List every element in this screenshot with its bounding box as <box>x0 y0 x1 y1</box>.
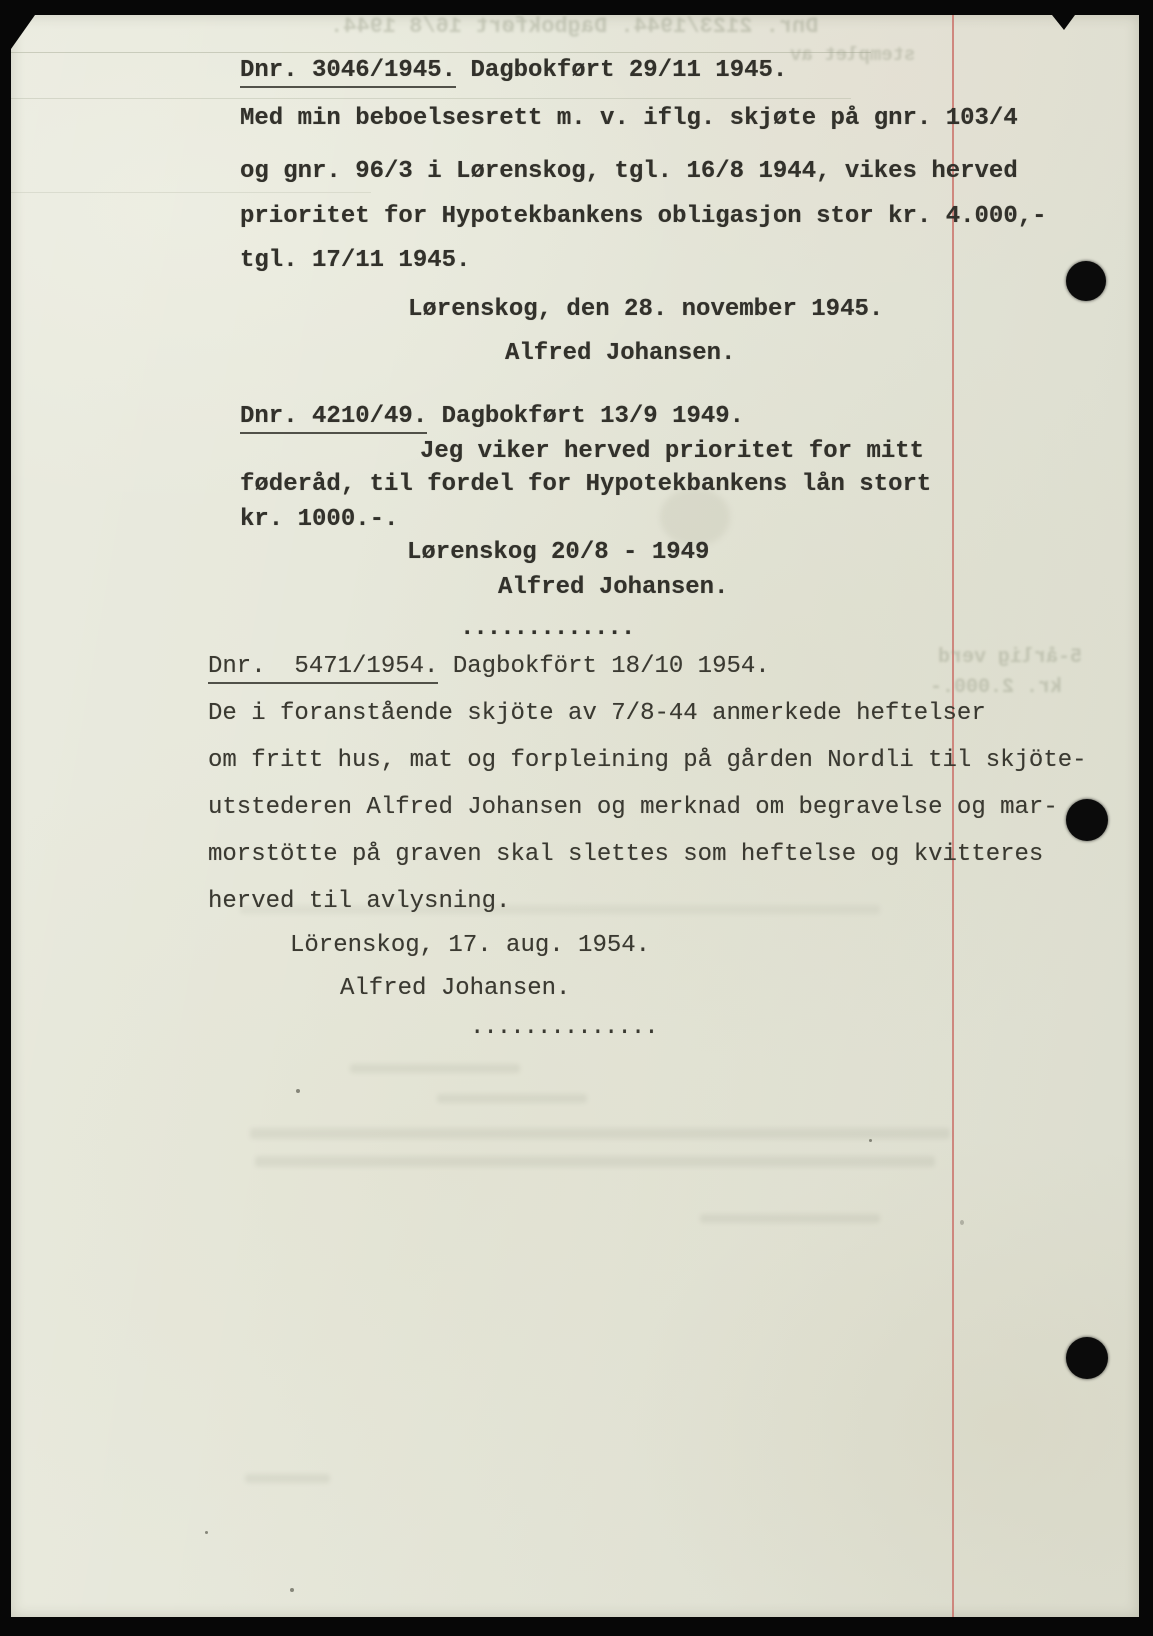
signature-line: Alfred Johansen. <box>505 341 735 367</box>
body-line: og gnr. 96/3 i Lørenskog, tgl. 16/8 1944… <box>240 159 1018 185</box>
signature-line: Alfred Johansen. <box>340 976 570 1002</box>
divider-dots: .............. <box>470 1015 658 1041</box>
punch-hole <box>1066 799 1108 841</box>
bleedthrough-text: Dnr. 2123/1944. Dagbokført 16/8 1944. <box>330 14 818 39</box>
entry-header: Dnr. 3046/1945. Dagbokført 29/11 1945. <box>240 58 787 84</box>
dust-speck <box>960 1220 964 1225</box>
body-line: herved til avlysning. <box>208 889 510 915</box>
entry-ref: Dnr. 4210/49. <box>240 403 427 434</box>
body-line: kr. 1000.-. <box>240 507 398 533</box>
smudge <box>255 1156 935 1167</box>
divider-dots: ............. <box>460 616 634 642</box>
faint-ruled-line <box>11 192 371 193</box>
entry-header-rest: Dagbokfört 18/10 1954. <box>438 653 769 680</box>
dust-speck <box>869 1139 872 1142</box>
smudge <box>700 1214 880 1223</box>
entry-ref: Dnr. 3046/1945. <box>240 57 456 88</box>
body-line: om fritt hus, mat og forpleining på gård… <box>208 748 1087 774</box>
scanned-register-page: Dnr. 2123/1944. Dagbokført 16/8 1944. st… <box>0 0 1153 1636</box>
entry-header-rest: Dagbokført 29/11 1945. <box>456 57 787 84</box>
dust-speck <box>296 1089 300 1093</box>
punch-hole <box>1066 261 1106 301</box>
body-line: De i foranstående skjöte av 7/8-44 anmer… <box>208 701 986 727</box>
entry-header: Dnr. 5471/1954. Dagbokfört 18/10 1954. <box>208 654 770 680</box>
bleedthrough-text: 5-årlig verd <box>938 646 1082 669</box>
entry-ref: Dnr. 5471/1954. <box>208 653 438 684</box>
place-date-line: Lørenskog 20/8 - 1949 <box>407 540 709 566</box>
body-line: utstederen Alfred Johansen og merknad om… <box>208 795 1058 821</box>
entry-header-rest: Dagbokført 13/9 1949. <box>427 403 744 430</box>
faint-ruled-line <box>11 98 851 99</box>
bleedthrough-text: kr. 2.000.- <box>930 676 1062 699</box>
body-line: tgl. 17/11 1945. <box>240 248 470 274</box>
dust-speck <box>205 1531 208 1534</box>
bleedthrough-text: stemplet av <box>790 44 915 66</box>
body-line: prioritet for Hypotekbankens obligasjon … <box>240 204 1047 230</box>
smudge <box>245 1474 330 1483</box>
punch-hole <box>1066 1337 1108 1379</box>
entry-header: Dnr. 4210/49. Dagbokført 13/9 1949. <box>240 404 744 430</box>
place-date-line: Lörenskog, 17. aug. 1954. <box>290 933 650 959</box>
scan-edge-artifact <box>11 15 35 49</box>
body-line: morstötte på graven skal slettes som hef… <box>208 842 1043 868</box>
dust-speck <box>290 1588 294 1592</box>
body-line: Jeg viker herved prioritet for mitt <box>420 439 924 465</box>
paper-corner-notch <box>1052 15 1075 30</box>
smudge <box>250 1128 950 1139</box>
body-line: føderåd, til fordel for Hypotekbankens l… <box>240 472 931 498</box>
smudge <box>350 1064 520 1073</box>
signature-line: Alfred Johansen. <box>498 575 728 601</box>
faint-ruled-line <box>11 52 871 53</box>
place-date-line: Lørenskog, den 28. november 1945. <box>408 297 883 323</box>
smudge <box>437 1094 587 1103</box>
body-line: Med min beboelsesrett m. v. iflg. skjøte… <box>240 106 1018 132</box>
